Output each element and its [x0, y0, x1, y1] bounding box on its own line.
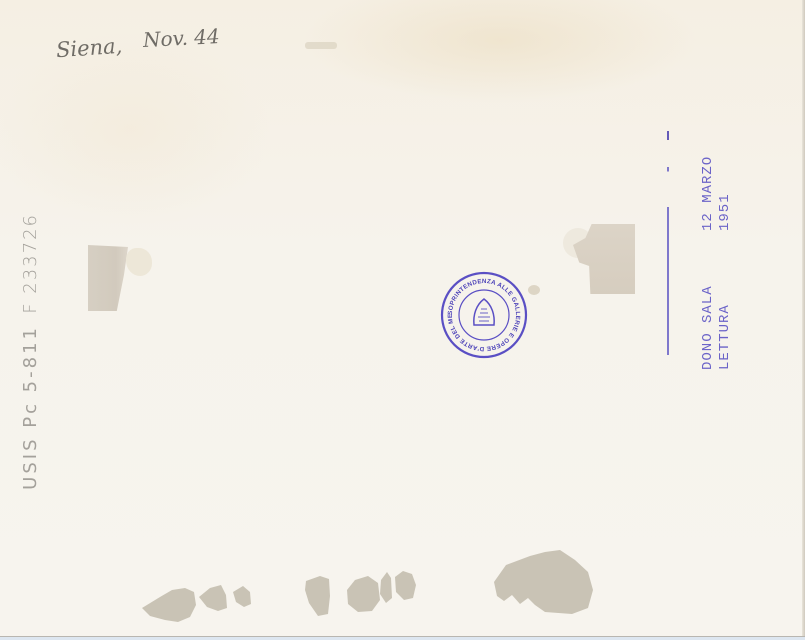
donation-stamp-line2: 12 MARZO 1951 [700, 150, 760, 263]
ink-line [667, 131, 669, 355]
glue-residue-blotches [0, 0, 805, 640]
donation-stamp: DONO SALA LETTURA 12 MARZO 1951 [700, 150, 760, 370]
helmet-shield-emblem-icon [474, 299, 494, 325]
round-seal-stamp: SOPRINTENDENZA ALLE GALLERIE E OPERE D'A… [440, 271, 528, 359]
donation-stamp-line1: DONO SALA LETTURA [700, 263, 760, 370]
